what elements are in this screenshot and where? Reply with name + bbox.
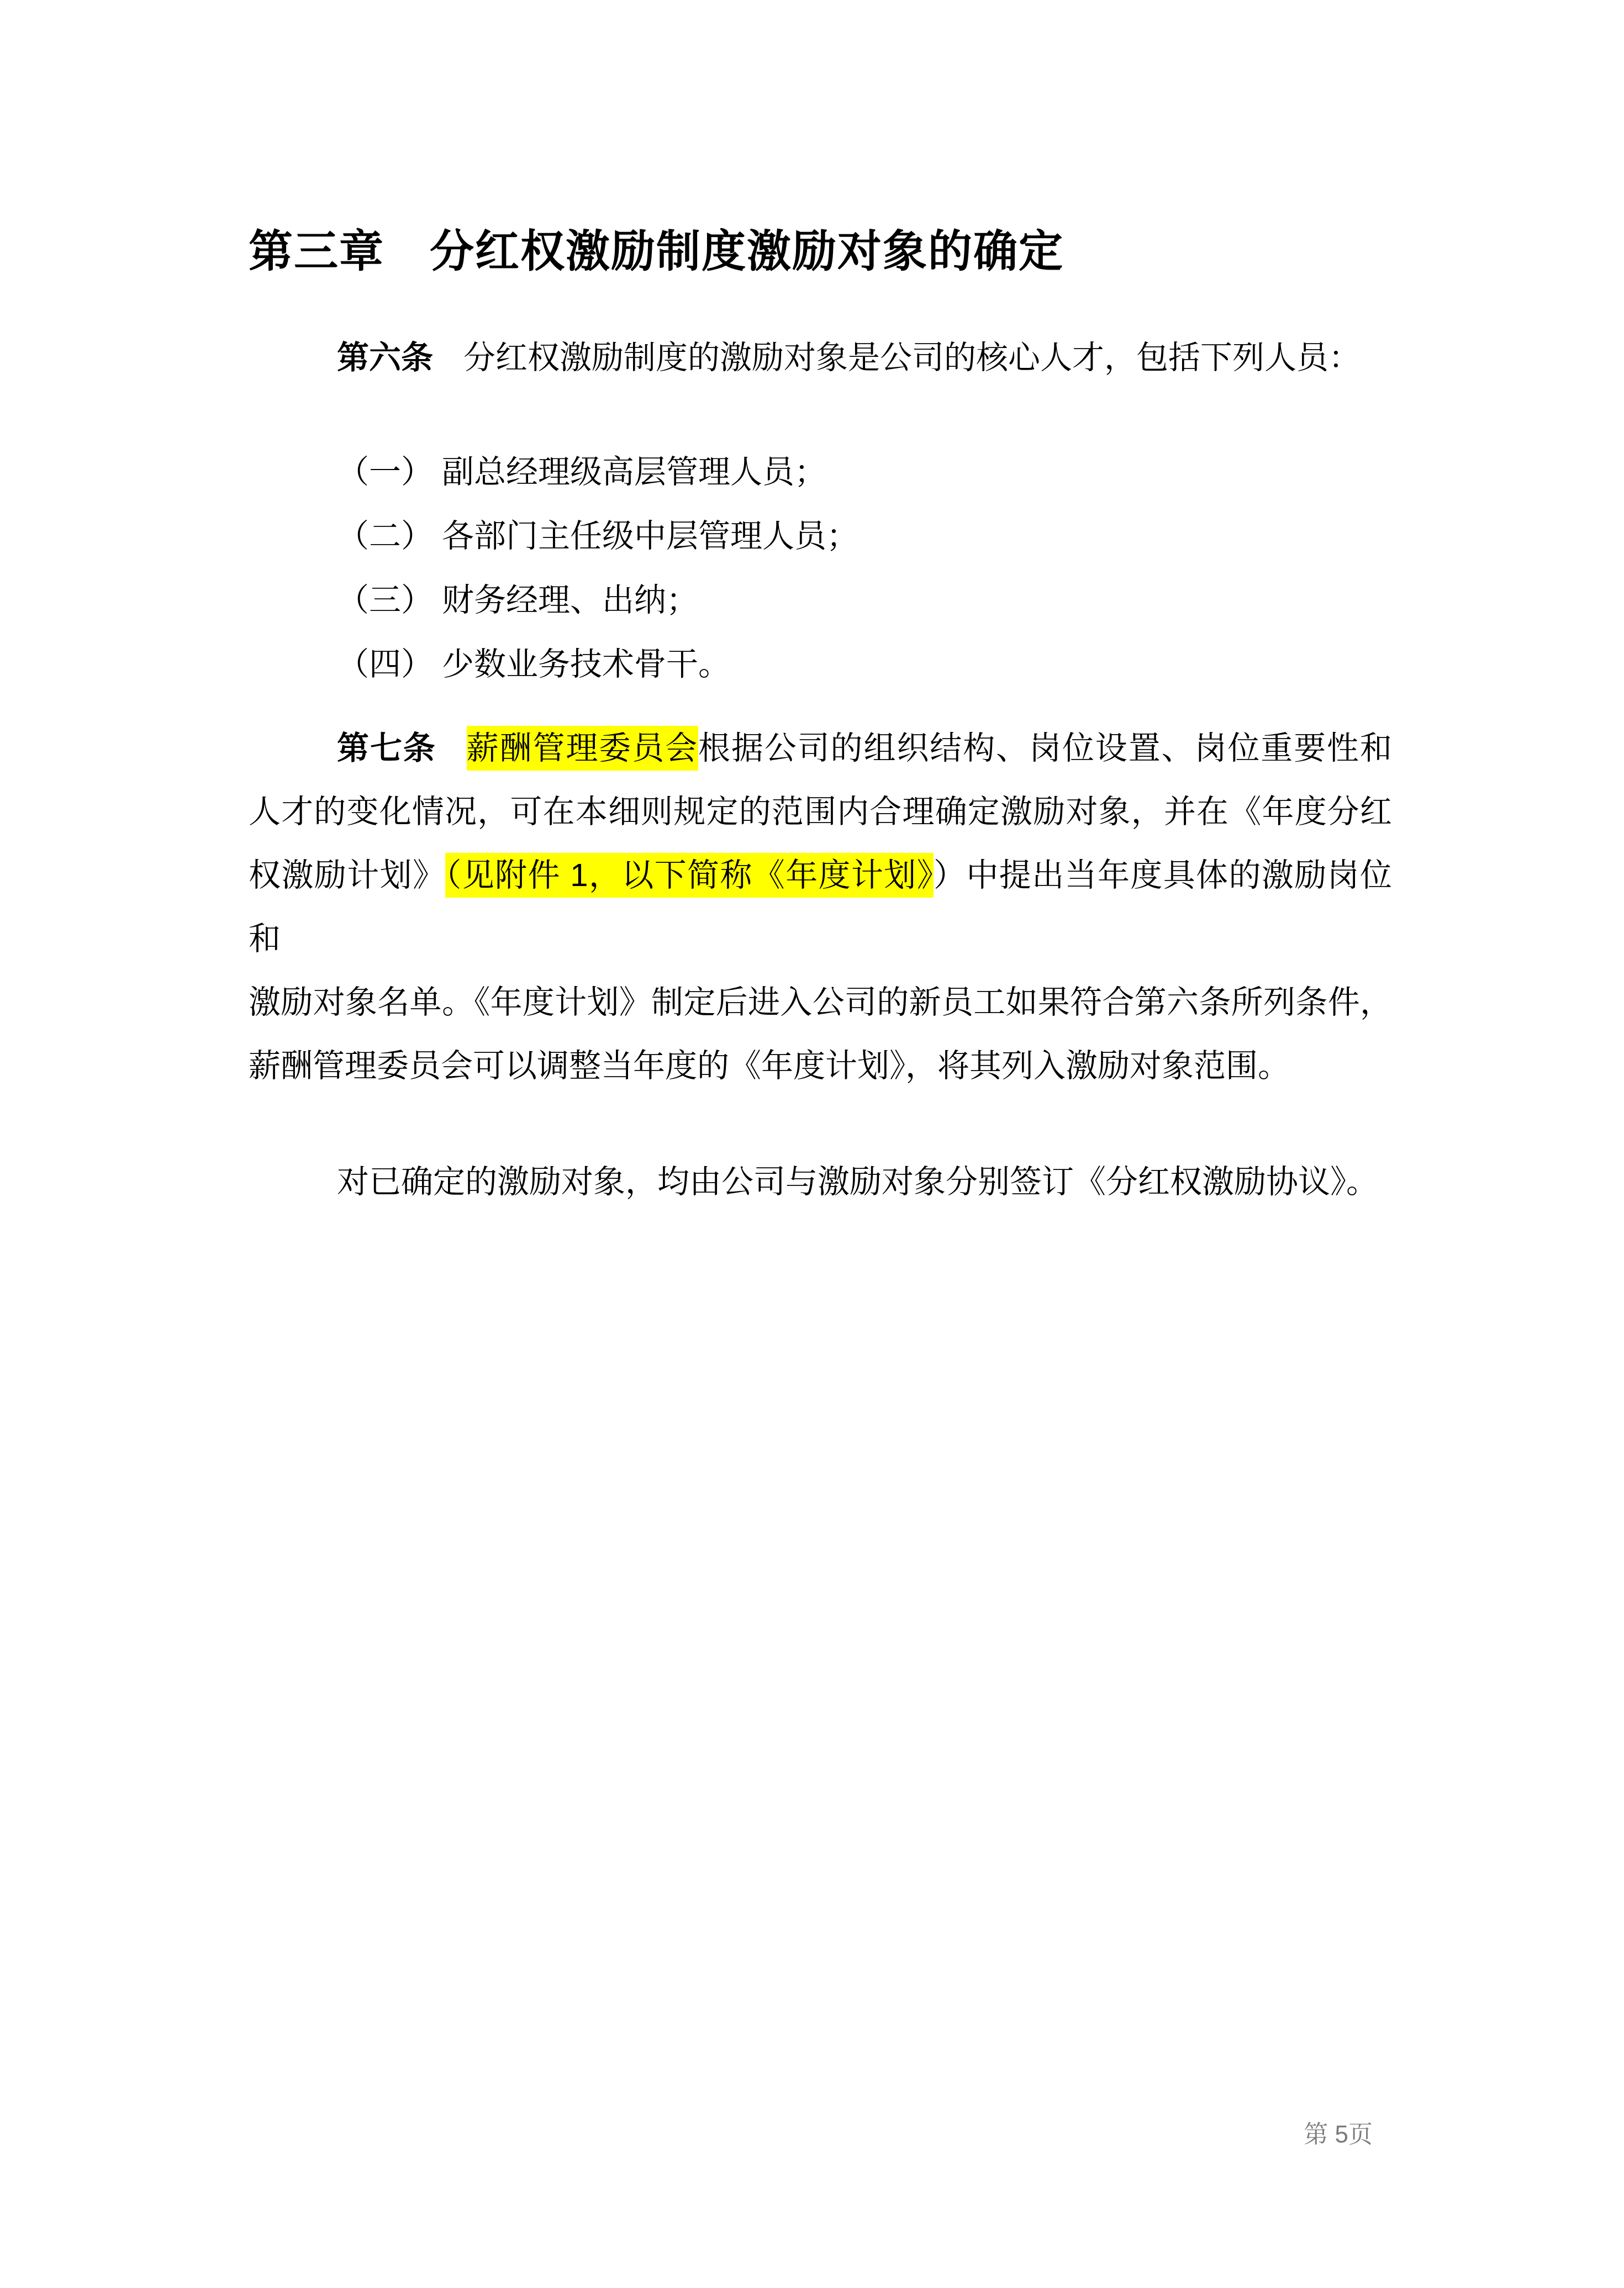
article-seven-line-2: 人才的变化情况，可在本细则规定的范围内合理确定激励对象，并在《年度分红 bbox=[249, 780, 1392, 843]
article-six-paragraph: 第六条分红权激励制度的激励对象是公司的核心人才，包括下列人员： bbox=[249, 326, 1392, 389]
article-seven-line-3: 权激励计划》（见附件 1，以下简称《年度计划》）中提出当年度具体的激励岗位和 bbox=[249, 843, 1392, 971]
article-seven-paragraph: 第七条薪酬管理委员会根据公司的组织结构、岗位设置、岗位重要性和 人才的变化情况，… bbox=[249, 716, 1392, 1098]
article-seven-line-1-text: 根据公司的组织结构、岗位设置、岗位重要性和 bbox=[698, 730, 1392, 766]
article-seven-line-5: 薪酬管理委员会可以调整当年度的《年度计划》，将其列入激励对象范围。 bbox=[249, 1034, 1392, 1098]
article-seven-line-3-prefix: 权激励计划》 bbox=[249, 857, 445, 893]
highlighted-text-committee: 薪酬管理委员会 bbox=[467, 726, 698, 771]
article-six-text: 分红权激励制度的激励对象是公司的核心人才，包括下列人员： bbox=[463, 340, 1361, 376]
article-seven-line-1: 第七条薪酬管理委员会根据公司的组织结构、岗位设置、岗位重要性和 bbox=[249, 716, 1392, 780]
eligible-roles-list: （一） 副总经理级高层管理人员； （二） 各部门主任级中层管理人员； （三） 财… bbox=[337, 440, 1392, 697]
article-six-label: 第六条 bbox=[337, 340, 433, 376]
document-page: 第三章 分红权激励制度激励对象的确定 第六条分红权激励制度的激励对象是公司的核心… bbox=[0, 0, 1624, 2288]
closing-paragraph: 对已确定的激励对象，均由公司与激励对象分别签订《分红权激励协议》。 bbox=[249, 1150, 1392, 1214]
list-item: （四） 少数业务技术骨干。 bbox=[337, 632, 1392, 697]
page-number: 第 5页 bbox=[1304, 2118, 1373, 2152]
highlighted-text-annual-plan: （见附件 1，以下简称《年度计划》 bbox=[445, 853, 934, 898]
article-seven-label: 第七条 bbox=[337, 730, 436, 766]
article-seven-line-4: 激励对象名单。《年度计划》制定后进入公司的新员工如果符合第六条所列条件， bbox=[249, 971, 1392, 1034]
list-item: （一） 副总经理级高层管理人员； bbox=[337, 440, 1392, 504]
list-item: （二） 各部门主任级中层管理人员； bbox=[337, 504, 1392, 568]
list-item: （三） 财务经理、出纳； bbox=[337, 568, 1392, 632]
chapter-title: 第三章 分红权激励制度激励对象的确定 bbox=[249, 0, 1392, 282]
document-content: 第三章 分红权激励制度激励对象的确定 第六条分红权激励制度的激励对象是公司的核心… bbox=[0, 0, 1624, 1214]
